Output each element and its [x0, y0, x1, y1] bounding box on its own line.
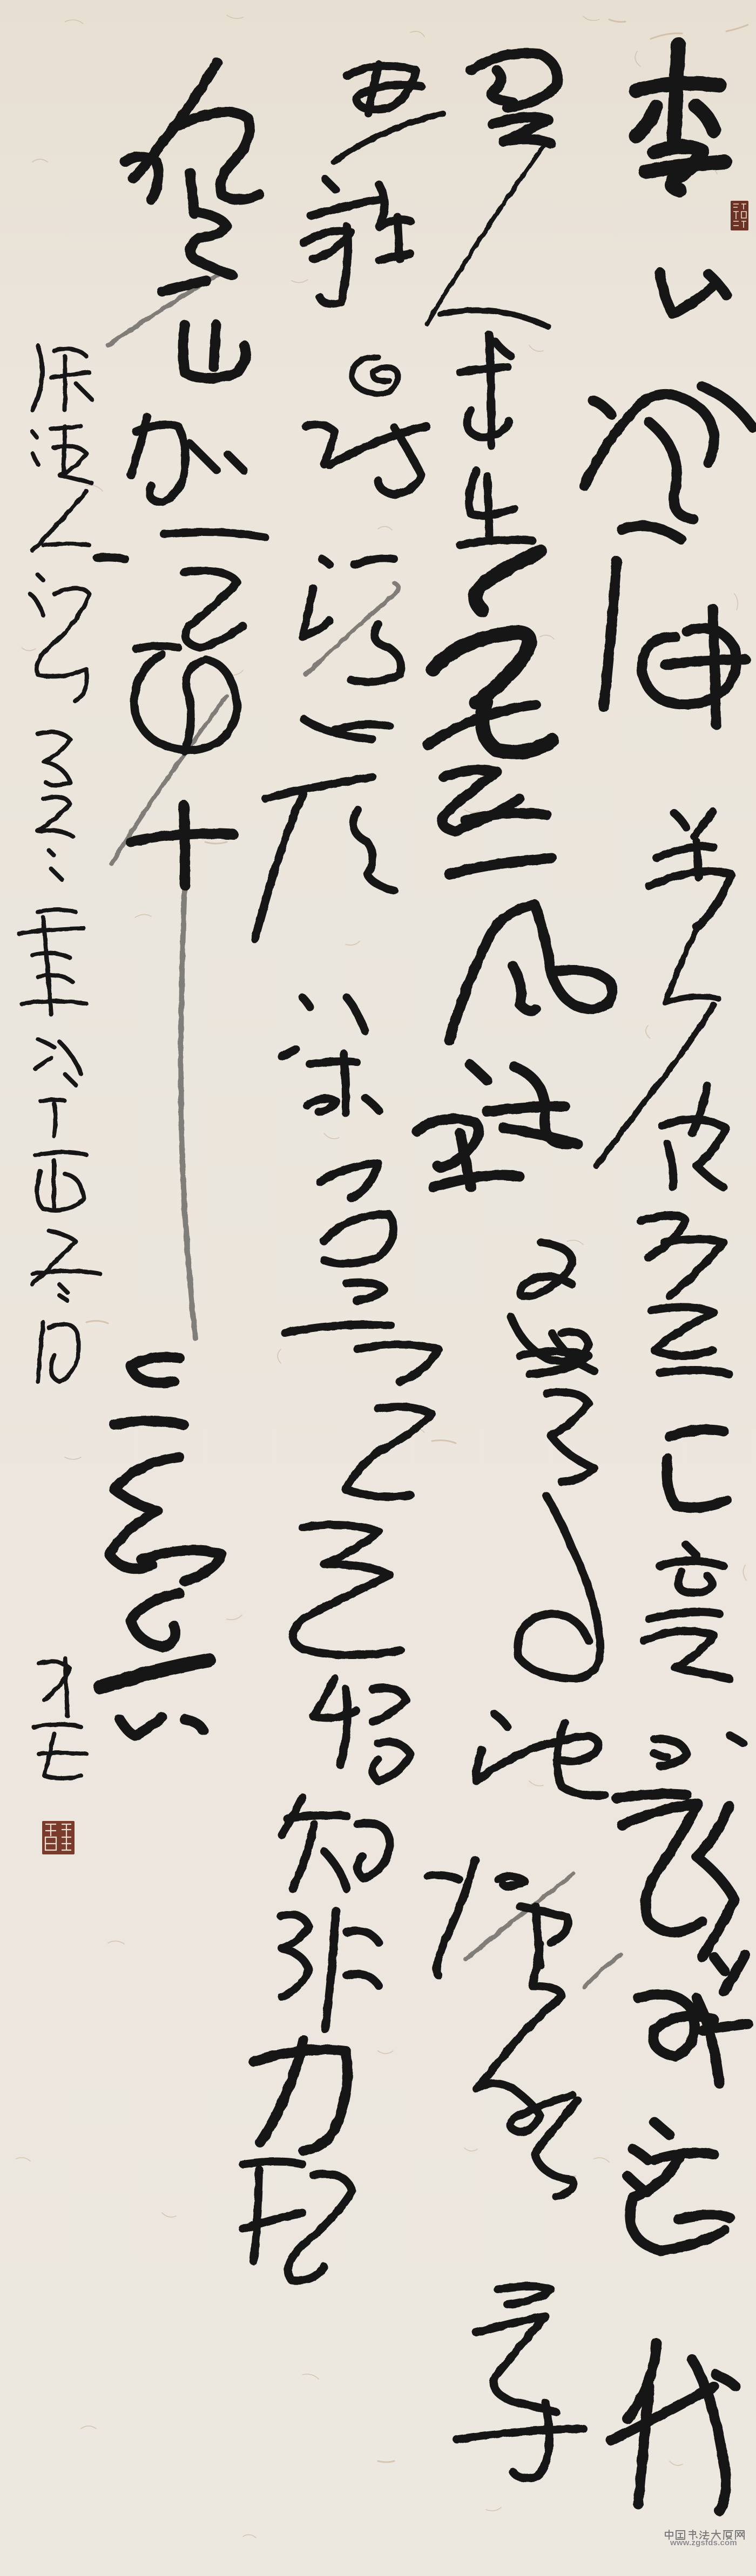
calligraphy-scroll: 李杜詩篇萬口傳至今已覺不新鮮江山代 有才人出各領風騷數百年少時學語 苦難圓只道工…: [0, 0, 756, 2576]
seal-top-right-body: [731, 201, 748, 230]
seal-bottom-left: [42, 1821, 75, 1854]
artwork-canvas: [0, 0, 756, 2576]
seal-top-right: [731, 201, 748, 230]
watermark-url: www.zgsfds.com: [670, 2538, 737, 2547]
